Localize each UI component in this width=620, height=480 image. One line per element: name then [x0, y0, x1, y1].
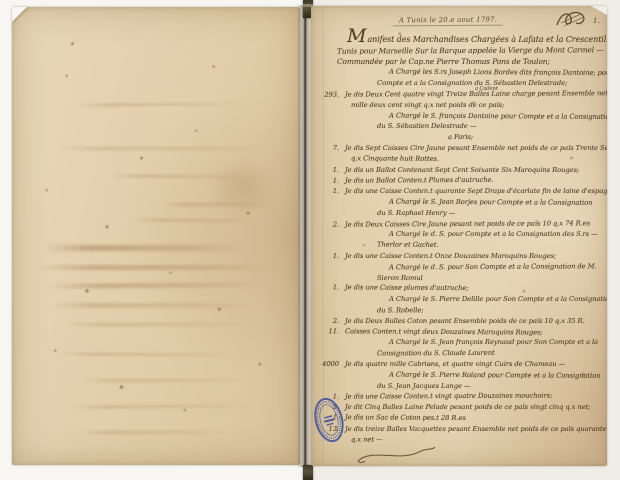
line-text: Je dis une Caisse Conten.t vingt quatre …: [345, 391, 552, 403]
bleed-smudge: [208, 157, 278, 217]
bleed-line: [36, 265, 266, 270]
manuscript-line: 293.a CadentJe dis Deux Cent quatre ving…: [317, 88, 604, 100]
manuscript-line: Consignation du S. Claude Laurent: [317, 347, 604, 359]
bleed-line: [64, 323, 244, 326]
margin-number: 11.: [317, 326, 339, 337]
line-text: du S. Robelle;: [377, 305, 424, 316]
manuscript-line: 1.Je dis une Caisse plumes d'autruche;: [317, 282, 604, 295]
manuscript-line: Manifest des Marchandises Chargées à Laf…: [317, 33, 604, 46]
manuscript-line: du S. Raphael Henry —: [317, 208, 604, 219]
manuscript-line: 2.Je dis Deux Caisses Cire Jaune pesant …: [317, 218, 604, 230]
manuscript-line: Compte et a la Consignation du S. Sébast…: [317, 78, 604, 89]
margin-number: 1.: [317, 165, 339, 176]
manuscript-line: A Chargé le S. Pierre Delille pour Son C…: [317, 294, 604, 305]
manuscript-line: 7.Je dis Sept Caisses Cire Jaune pesant …: [317, 143, 604, 154]
bleed-line: [78, 431, 228, 434]
manuscript-line: 1.Je dis une Caisse Conten.t vingt quatr…: [317, 391, 604, 403]
bleed-line: [72, 102, 252, 107]
manuscript-lines: Manifest des Marchandises Chargées à Laf…: [317, 33, 604, 445]
manuscript-line: 1.Je dis un Ballot Conten.t Plumes d'aut…: [317, 175, 604, 187]
line-text: Je dis Deux Balles Coton pesant Ensemble…: [345, 316, 585, 327]
manuscript-line: 1.Je dis une Caisse Conten.t quarante Se…: [317, 186, 604, 197]
closing-flourish: [355, 444, 439, 466]
line-text: Compte et a la Consignation du S. Sébast…: [377, 78, 567, 89]
margin-number: 2.: [317, 316, 339, 327]
line-text: Je dis une Caisse Conten.t quarante Sept…: [345, 186, 607, 197]
manuscript-line: A Chargé le S. Jean Borjes pour Compte e…: [317, 196, 604, 209]
manuscript-scan: A Tunis le 20.e aout 1797. 1. Manifest d…: [0, 0, 620, 480]
line-text: Manifest des Marchandises Chargées à Laf…: [347, 33, 607, 46]
bleed-line: [52, 303, 252, 308]
margin-number: 1.: [317, 282, 339, 293]
line-text: du S. Raphael Henry —: [377, 208, 455, 219]
manuscript-line: 1.Je dis une Caisse Conten.t Onze Douzai…: [317, 251, 604, 262]
manuscript-line: 1.Je dis un Sac de Coton pes.t 28 R.es: [317, 412, 604, 425]
bleed-line: [60, 147, 270, 150]
line-text: Je dis quatre mille Cabrions, et quatre …: [345, 359, 565, 370]
manuscript-line: q.x Cinquante huit Rottes.: [317, 153, 604, 166]
line-text: Je dis Sept Caisses Cire Jaune pesant En…: [345, 143, 607, 154]
line-text: A Chargé le S. Pierre Delille pour Son C…: [389, 294, 607, 305]
right-page: A Tunis le 20.e aout 1797. 1. Manifest d…: [311, 6, 607, 466]
manuscript-line: 4000Je dis quatre mille Cabrions, et qua…: [317, 359, 604, 370]
line-text: du S. Jean Jacques Lange —: [377, 381, 471, 392]
line-text: mille deux cent vingt q.x net poids de c…: [351, 100, 504, 111]
interline-insertion: a Cadent: [475, 84, 498, 95]
manuscript-line: A Chargé le S. Pierre Roland pour Compte…: [317, 369, 604, 382]
corner-fold: [12, 7, 27, 22]
line-text: a Paris;: [448, 132, 473, 143]
line-text: Je dis un Sac de Coton pes.t 28 R.es: [345, 412, 466, 424]
manuscript-line: A Chargé les S.rs Joseph Lions Bordes di…: [317, 67, 604, 80]
margin-number: 7.: [317, 143, 339, 154]
margin-number: 4000: [317, 359, 339, 370]
line-text: Je dis une Caisse plumes d'autruche;: [345, 283, 469, 295]
manuscript-line: 11.Caisses Conten.t vingt deux Douzaines…: [317, 326, 604, 339]
left-page: [12, 7, 300, 465]
line-text: Je dit Cinq Balles Laine Pelade pesant p…: [345, 402, 590, 413]
manuscript-line: 5.Je dit Cinq Balles Laine Pelade pesant…: [317, 402, 604, 413]
binding-strap-bottom: [303, 465, 313, 480]
manuscript-line: Therlor et Gachet.: [317, 239, 604, 252]
line-text: Consignation du S. Claude Laurent: [377, 348, 495, 359]
manuscript-line: 2.Je dis Deux Balles Coton pesant Ensemb…: [317, 316, 604, 327]
corner-tear: [591, 6, 607, 15]
bleed-line: [68, 404, 253, 409]
line-text: Caisses Conten.t vingt deux Douzaines Ma…: [345, 326, 543, 338]
dateline: A Tunis le 20.e aout 1797.: [393, 16, 503, 27]
manuscript-line: a Paris;: [317, 131, 604, 143]
bleed-line: [82, 379, 242, 382]
line-text: A Chargé le S. Jean Borjes pour Compte e…: [389, 197, 592, 209]
line-text: Je dis un Ballot Conten.t Plumes d'autru…: [345, 175, 494, 187]
manuscript-line: A Chargé le S. françois Dantoine pour Co…: [317, 110, 604, 123]
line-text: Je dis Deux Caisses Cire Jaune pesant ne…: [345, 218, 590, 230]
manuscript-line: du S. Robelle;: [317, 304, 604, 316]
line-text: Je dis une Caisse Conten.t Onze Douzaine…: [345, 251, 556, 262]
line-text: Tunis pour Marseille Sur la Barque appel…: [337, 45, 604, 57]
line-text: Therlor et Gachet.: [377, 240, 439, 251]
line-text: du S. Sébastien Delestrade —: [377, 121, 476, 132]
line-text: A Chargé le d. S. pour Son Compte et a l…: [389, 261, 597, 273]
bleed-line: [132, 218, 262, 222]
margin-number: 1.: [317, 251, 339, 262]
paraph-flourish: [555, 9, 591, 31]
line-text: A Chargé le d. S. pour Compte et a la Co…: [389, 229, 598, 240]
manuscript-line: Tunis pour Marseille Sur la Barque appel…: [317, 45, 604, 57]
bleed-line: [42, 245, 242, 251]
manuscript-line: mille deux cent vingt q.x net poids de c…: [317, 100, 604, 111]
manuscript-line: A Chargé le d. S. pour Son Compte et a l…: [317, 261, 604, 273]
bleed-line: [56, 352, 246, 356]
line-text: q.x Cinquante huit Rottes.: [351, 153, 439, 164]
bleed-line: [46, 282, 261, 289]
page-number: 1.: [593, 16, 600, 25]
